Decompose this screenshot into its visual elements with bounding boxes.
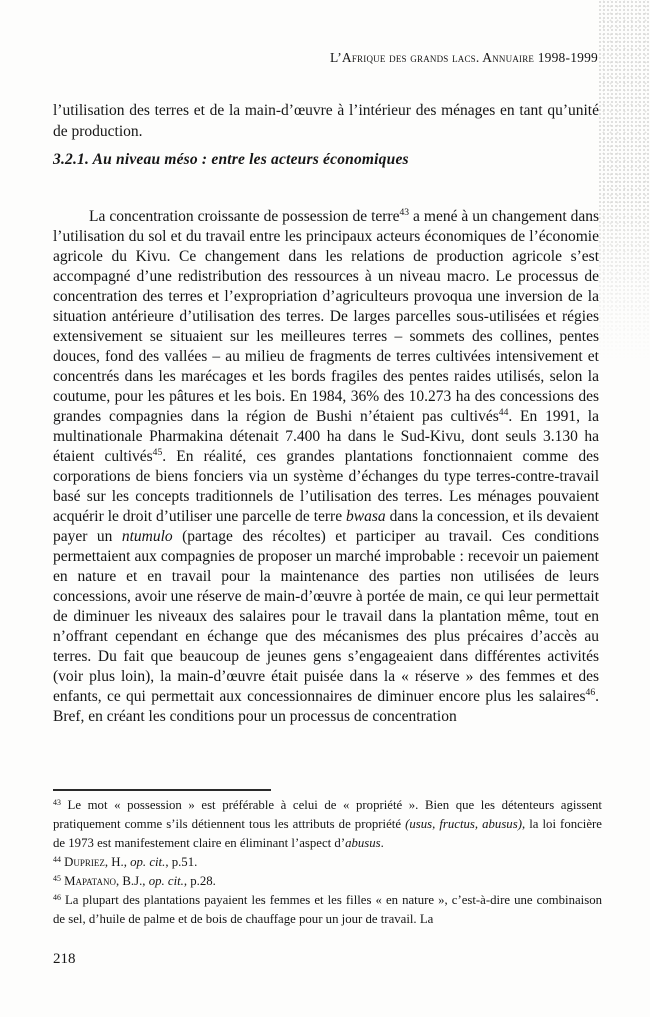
section-heading: 3.2.1. Au niveau méso : entre les acteur…: [53, 151, 599, 169]
running-header: L’Afrique des grands lacs. Annuaire 1998…: [53, 50, 598, 66]
footnote-separator-rule: [53, 789, 271, 791]
footnote-44: 44 Dupriez, H., op. cit., p.51.: [53, 853, 602, 872]
footnotes-block: 43 Le mot « possession » est préférable …: [53, 796, 602, 929]
footnote-45: 45 Mapatano, B.J., op. cit., p.28.: [53, 872, 602, 891]
document-page: L’Afrique des grands lacs. Annuaire 1998…: [0, 0, 650, 1017]
body-paragraph: La concentration croissante de possessio…: [53, 207, 599, 727]
footnote-46: 46 La plupart des plantations payaient l…: [53, 891, 602, 929]
footnote-43: 43 Le mot « possession » est préférable …: [53, 796, 602, 853]
page-number: 218: [53, 951, 76, 968]
scan-noise-artifact: [598, 0, 650, 360]
intro-paragraph: l’utilisation des terres et de la main-d…: [53, 100, 599, 142]
